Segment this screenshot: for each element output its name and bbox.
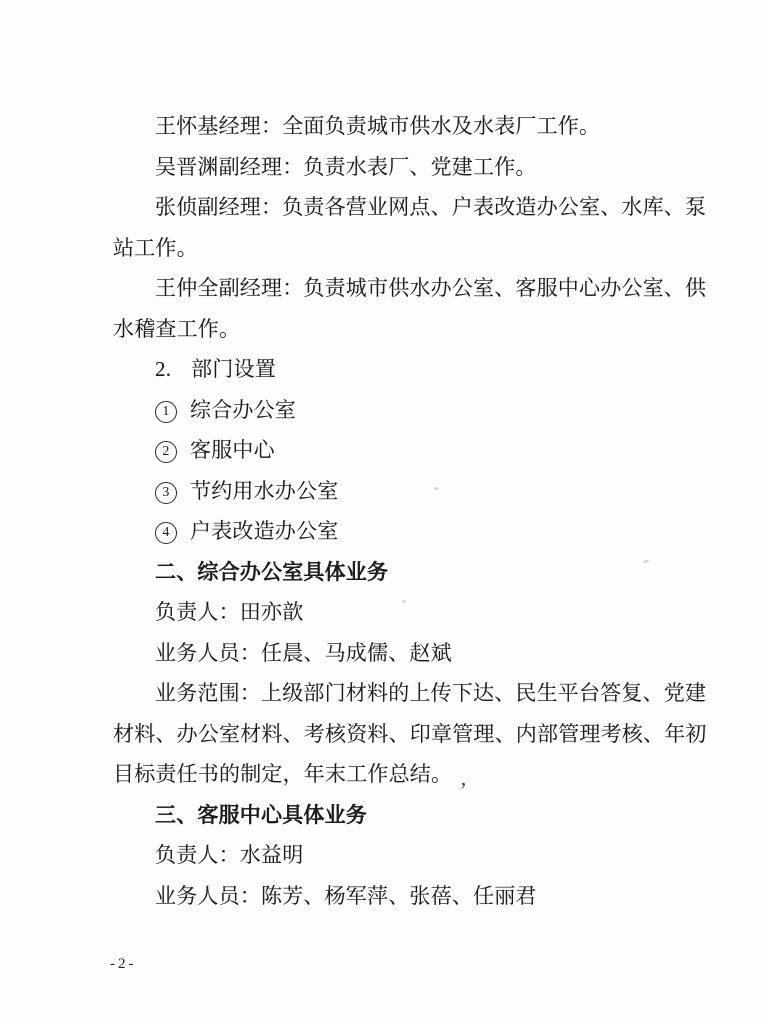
text-line: 站工作。 xyxy=(113,228,703,269)
text-line: 张侦副经理：负责各营业网点、户表改造办公室、水库、泵 xyxy=(113,187,703,228)
scan-artifact xyxy=(434,487,439,490)
document-text-block: 王怀基经理：全面负责城市供水及水表厂工作。 吴晋渊副经理：负责水表厂、党建工作。… xyxy=(113,106,703,916)
list-item-line: 2客服中心 xyxy=(113,430,703,471)
list-item-label: 户表改造办公室 xyxy=(190,519,338,543)
list-item-label: 客服中心 xyxy=(190,438,275,462)
section-heading-line: 二、综合办公室具体业务 xyxy=(113,552,703,593)
list-item-line: 4户表改造办公室 xyxy=(113,511,703,552)
circled-number-icon: 4 xyxy=(155,522,177,544)
text-line: 目标责任书的制定，年末工作总结。， xyxy=(113,754,703,795)
section-number: 2. xyxy=(155,357,171,381)
circled-number-icon: 3 xyxy=(155,482,177,504)
list-item-line: 1综合办公室 xyxy=(113,390,703,431)
text-line: 业务人员：任晨、马成儒、赵斌 xyxy=(113,633,703,674)
section-heading-line: 2.部门设置 xyxy=(113,349,703,390)
circled-number-icon: 1 xyxy=(155,401,177,423)
text-line: 负责人：水益明 xyxy=(113,835,703,876)
text-line: 业务人员：陈芳、杨军萍、张蓓、任丽君 xyxy=(113,876,703,917)
list-item-label: 节约用水办公室 xyxy=(190,479,338,503)
text-line-content: 目标责任书的制定，年末工作总结。 xyxy=(113,762,452,786)
text-line: 材料、办公室材料、考核资料、印章管理、内部管理考核、年初 xyxy=(113,714,703,755)
circled-number-icon: 2 xyxy=(155,441,177,463)
page-number: -2- xyxy=(110,956,137,973)
text-line: 王仲全副经理：负责城市供水办公室、客服中心办公室、供 xyxy=(113,268,703,309)
text-line: 负责人：田亦歆 xyxy=(113,592,703,633)
section-heading-line: 三、客服中心具体业务 xyxy=(113,795,703,836)
list-item-line: 3节约用水办公室 xyxy=(113,471,703,512)
text-line: 王怀基经理：全面负责城市供水及水表厂工作。 xyxy=(113,106,703,147)
section-title: 部门设置 xyxy=(191,357,276,381)
text-line: 水稽查工作。 xyxy=(113,309,703,350)
scan-artifact xyxy=(402,600,406,603)
document-page: 王怀基经理：全面负责城市供水及水表厂工作。 吴晋渊副经理：负责水表厂、党建工作。… xyxy=(0,0,768,1024)
text-line: 业务范围：上级部门材料的上传下达、民生平台答复、党建 xyxy=(113,673,703,714)
text-line: 吴晋渊副经理：负责水表厂、党建工作。 xyxy=(113,147,703,188)
list-item-label: 综合办公室 xyxy=(190,398,296,422)
